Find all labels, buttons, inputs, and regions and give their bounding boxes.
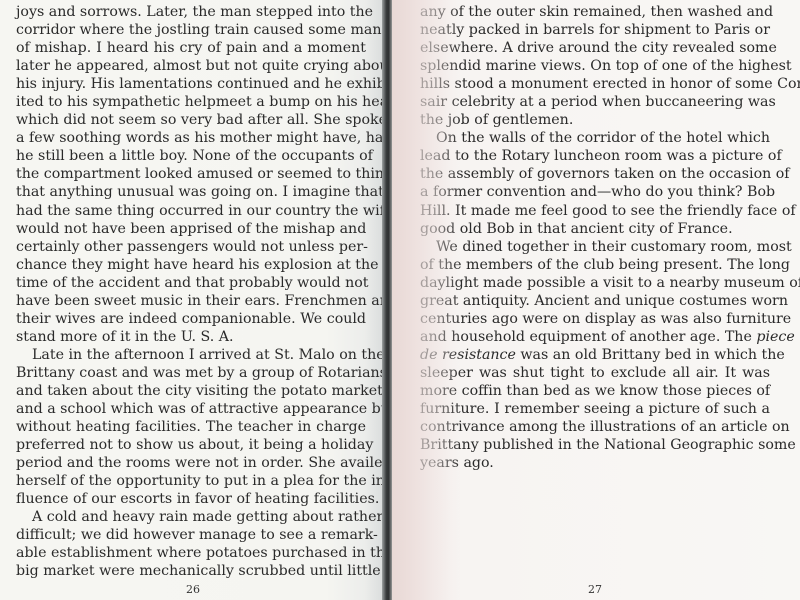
text-line: Late in the afternoon I arrived at St. M… <box>16 346 366 364</box>
text-line: able establishment where potatoes purcha… <box>16 544 366 562</box>
left-page: joys and sorrows. Later, the man stepped… <box>0 0 384 600</box>
text-line: would not have been apprised of the mish… <box>16 220 366 238</box>
text-line: On the walls of the corridor of the hote… <box>420 129 770 147</box>
text-line: contrivance among the illustrations of a… <box>420 418 770 436</box>
text-line: de resistance was an old Brittany bed in… <box>420 346 770 364</box>
book-spread: joys and sorrows. Later, the man stepped… <box>0 0 800 600</box>
paragraph: joys and sorrows. Later, the man stepped… <box>16 3 366 346</box>
paragraph: any of the outer skin remained, then was… <box>420 3 770 129</box>
text-line: difficult; we did however manage to see … <box>16 526 366 544</box>
text-line: their wives are indeed companionable. We… <box>16 310 366 328</box>
text-line: lead to the Rotary luncheon room was a p… <box>420 147 770 165</box>
text-line: centuries ago were on display as was als… <box>420 310 770 328</box>
text-line: preferred not to show us about, it being… <box>16 436 366 454</box>
text-line: years ago. <box>420 454 770 472</box>
text-line: the job of gentlemen. <box>420 111 770 129</box>
text-line: chance they might have heard his explosi… <box>16 256 366 274</box>
text-line: have been sweet music in their ears. Fre… <box>16 292 366 310</box>
text-line: A cold and heavy rain made getting about… <box>16 508 366 526</box>
text-line: he still been a little boy. None of the … <box>16 147 366 165</box>
text-line: big market were mechanically scrubbed un… <box>16 562 366 580</box>
text-line: and taken about the city visiting the po… <box>16 382 366 400</box>
text-line: ited to his sympathetic helpmeet a bump … <box>16 93 366 111</box>
text-line: furniture. I remember seeing a picture o… <box>420 400 770 418</box>
text-line: neatly packed in barrels for shipment to… <box>420 21 770 39</box>
text-line: later he appeared, almost but not quite … <box>16 57 366 75</box>
text-line: joys and sorrows. Later, the man stepped… <box>16 3 366 21</box>
text-line: corridor where the jostling train caused… <box>16 21 366 39</box>
text-line: time of the accident and that probably w… <box>16 274 366 292</box>
text-line: and household equipment of another age. … <box>420 328 770 346</box>
text-line: any of the outer skin remained, then was… <box>420 3 770 21</box>
text-line: which did not seem so very bad after all… <box>16 111 366 129</box>
right-page-text: any of the outer skin remained, then was… <box>420 3 770 472</box>
text-line: good old Bob in that ancient city of Fra… <box>420 220 770 238</box>
text-line: sair celebrity at a period when buccanee… <box>420 93 770 111</box>
paragraph: On the walls of the corridor of the hote… <box>420 129 770 237</box>
text-line: without heating facilities. The teacher … <box>16 418 366 436</box>
text-line: of the members of the club being present… <box>420 256 770 274</box>
text-line: that anything unusual was going on. I im… <box>16 183 366 201</box>
paragraph: A cold and heavy rain made getting about… <box>16 508 366 580</box>
page-number: 26 <box>186 583 200 596</box>
text-line: more coffin than bed as we know those pi… <box>420 382 770 400</box>
text-line: Brittany coast and was met by a group of… <box>16 364 366 382</box>
text-line: his injury. His lamentations continued a… <box>16 75 366 93</box>
text-line: a former convention and—who do you think… <box>420 183 770 201</box>
text-line: a few soothing words as his mother might… <box>16 129 366 147</box>
text-line: elsewhere. A drive around the city revea… <box>420 39 770 57</box>
text-line: the assembly of governors taken on the o… <box>420 165 770 183</box>
text-line: splendid marine views. On top of one of … <box>420 57 770 75</box>
text-line: period and the rooms were not in order. … <box>16 454 366 472</box>
text-line: Brittany published in the National Geogr… <box>420 436 770 454</box>
text-line: and a school which was of attractive app… <box>16 400 366 418</box>
text-line: We dined together in their customary roo… <box>420 238 770 256</box>
text-line: the compartment looked amused or seemed … <box>16 165 366 183</box>
text-line: fluence of our escorts in favor of heati… <box>16 490 366 508</box>
text-line: great antiquity. Ancient and unique cost… <box>420 292 770 310</box>
left-page-text: joys and sorrows. Later, the man stepped… <box>16 3 366 581</box>
paragraph: We dined together in their customary roo… <box>420 238 770 473</box>
paragraph: Late in the afternoon I arrived at St. M… <box>16 346 366 508</box>
text-line: had the same thing occurred in our count… <box>16 202 366 220</box>
text-line: certainly other passengers would not unl… <box>16 238 366 256</box>
text-line: herself of the opportunity to put in a p… <box>16 472 366 490</box>
text-line: stand more of it in the U. S. A. <box>16 328 366 346</box>
text-line: sleeper was shut tight to exclude all ai… <box>420 364 770 382</box>
text-line: daylight made possible a visit to a near… <box>420 274 770 292</box>
right-page: any of the outer skin remained, then was… <box>392 0 800 600</box>
text-line: Hill. It made me feel good to see the fr… <box>420 202 770 220</box>
text-line: hills stood a monument erected in honor … <box>420 75 770 93</box>
text-line: of mishap. I heard his cry of pain and a… <box>16 39 366 57</box>
page-number: 27 <box>588 583 602 596</box>
